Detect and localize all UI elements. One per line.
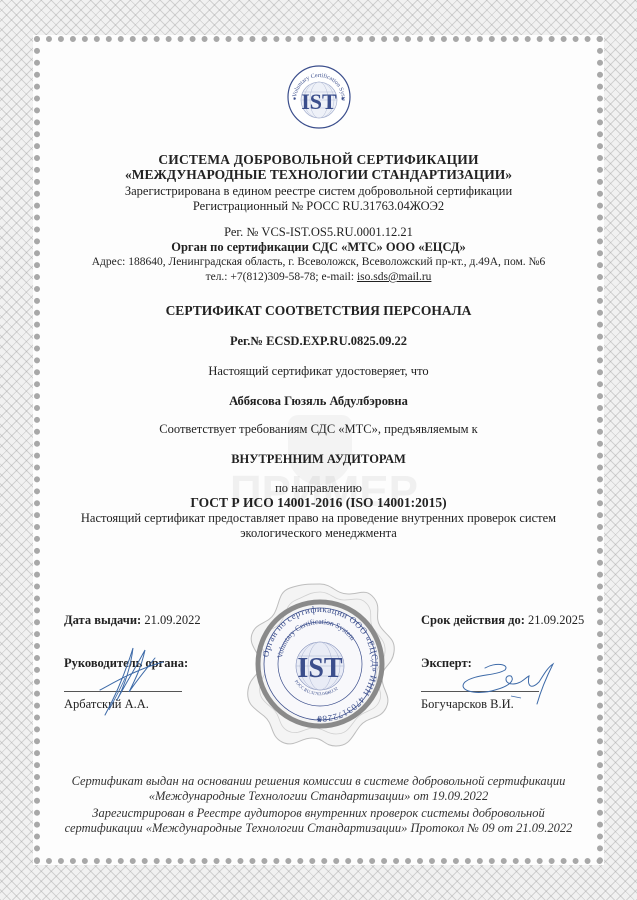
footer-line-1: Сертификат выдан на основании решения ко… [25, 774, 612, 789]
footer-line-2: «Международные Технологии Стандартизации… [40, 789, 597, 804]
footer-line-4: сертификации «Международные Технологии С… [25, 821, 612, 836]
footer-line-3: Зарегистрирован в Реестре аудиторов внут… [40, 806, 597, 821]
